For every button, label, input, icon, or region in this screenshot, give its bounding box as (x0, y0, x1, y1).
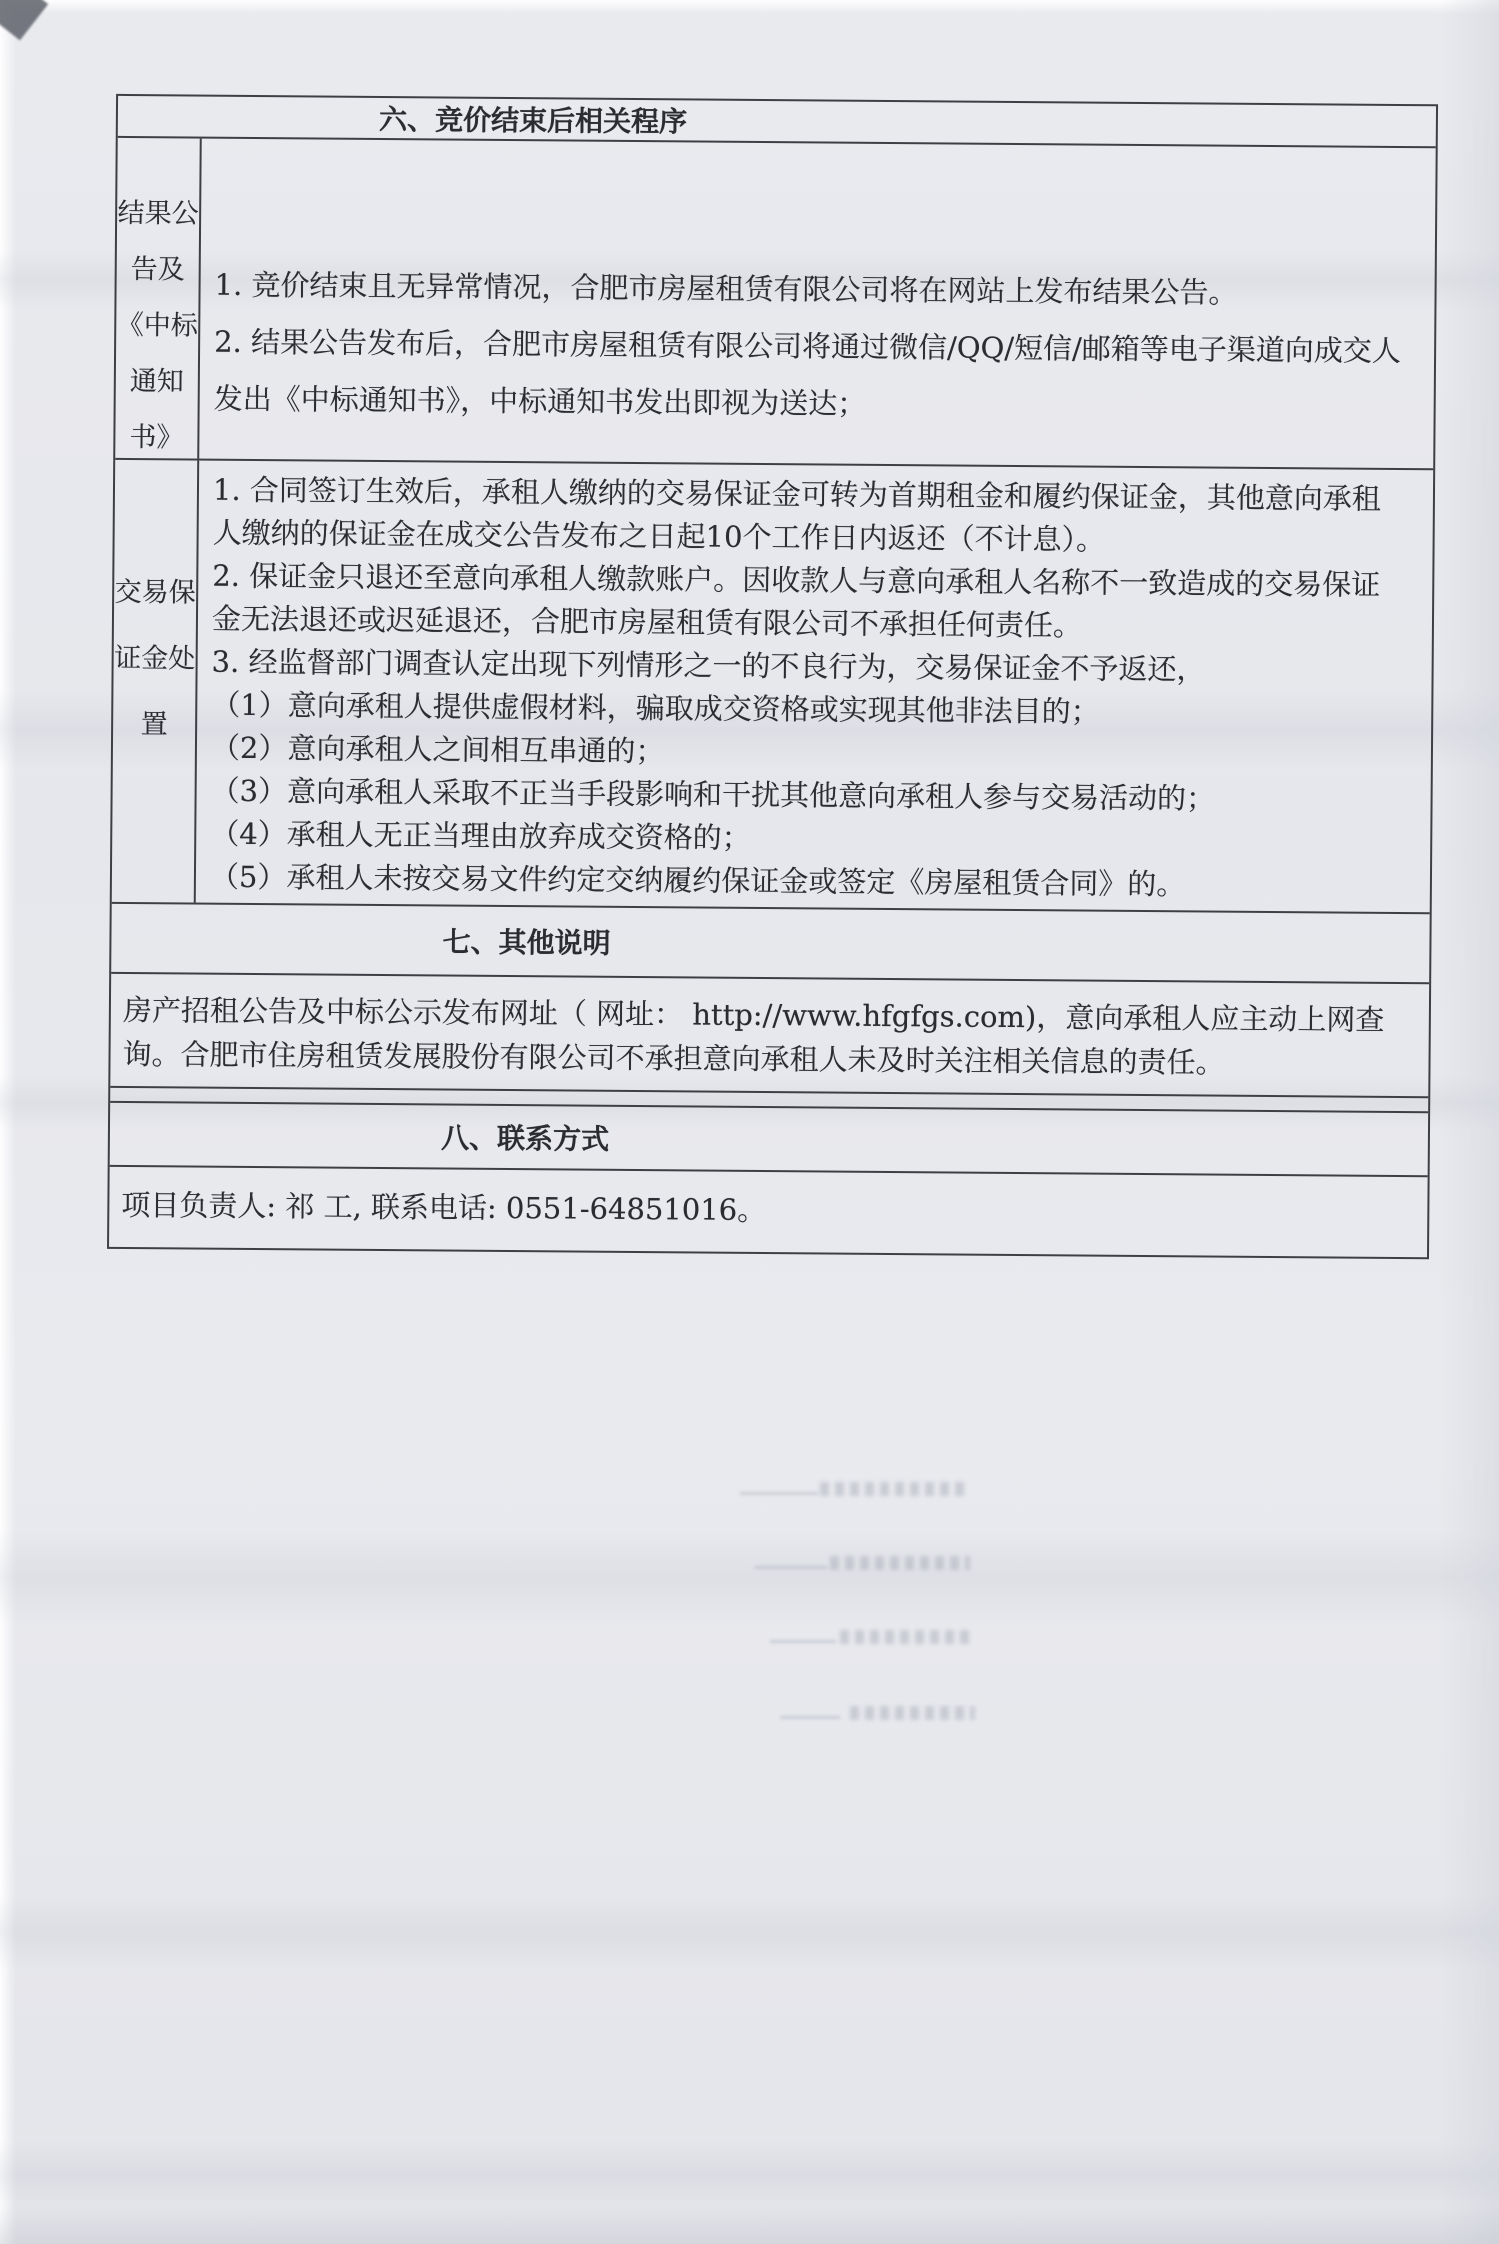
scan-streak (0, 1895, 1499, 1970)
procedure-line: 发出《中标通知书》，中标通知书发出即视为送达； (213, 371, 1429, 438)
bleedthrough-ghost (770, 1640, 836, 1643)
scanned-page: 六、竞价结束后相关程序 结果公 告及 《中标 通知 书》 1. 竞价结束且无异常… (0, 0, 1499, 2244)
label-line: 置 (113, 692, 196, 759)
scan-corner-artifact (0, 0, 48, 40)
scan-streak (0, 2140, 1499, 2210)
bleedthrough-ghost (840, 1630, 972, 1644)
bleedthrough-ghost (740, 1492, 818, 1495)
deposit-handling-row: 交易保 证金处 置 1. 合同签订生效后，承租人缴纳的交易保证金可转为首期租金和… (112, 460, 1433, 914)
result-announcement-row: 结果公 告及 《中标 通知 书》 1. 竞价结束且无异常情况，合肥市房屋租赁有限… (115, 138, 1435, 470)
deposit-handling-label-cell: 交易保 证金处 置 (112, 460, 199, 903)
section8-header-row: 八、联系方式 (110, 1103, 1428, 1177)
contact-row: 项目负责人: 祁 工, 联系电话: 0551-64851016。 (109, 1167, 1428, 1257)
section6-title: 六、竞价结束后相关程序 (118, 96, 949, 143)
other-notes-row: 房产招租公告及中标公示发布网址（ 网址： http://www.hfgfgs.c… (110, 974, 1429, 1098)
section8-title: 八、联系方式 (110, 1114, 941, 1161)
procedure-line: 1. 竞价结束且无异常情况，合肥市房屋租赁有限公司将在网站上发布结果公告。 (214, 257, 1430, 324)
scan-edge-shadow (1439, 0, 1499, 2244)
result-announcement-label-cell: 结果公 告及 《中标 通知 书》 (115, 138, 202, 459)
label-line: 告及 (116, 242, 198, 299)
scan-edge-shadow (0, 2204, 1499, 2244)
label-line: 书》 (115, 410, 197, 467)
result-announcement-content-cell: 1. 竞价结束且无异常情况，合肥市房屋租赁有限公司将在网站上发布结果公告。 2.… (199, 139, 1435, 469)
section7-title: 七、其他说明 (111, 918, 942, 965)
label-line: 交易保 (114, 560, 197, 627)
bleedthrough-ghost (820, 1482, 970, 1496)
section7-header-row: 七、其他说明 (111, 904, 1430, 984)
deposit-handling-content-cell: 1. 合同签订生效后，承租人缴纳的交易保证金可转为首期租金和履约保证金，其他意向… (196, 461, 1433, 913)
bleedthrough-ghost (755, 1566, 827, 1569)
label-line: 结果公 (117, 186, 199, 243)
bleedthrough-ghost (780, 1716, 840, 1719)
procedure-line: 2. 结果公告发布后，合肥市房屋租赁有限公司将通过微信/QQ/短信/邮箱等电子渠… (214, 314, 1430, 381)
deposit-line: （5）承租人未按交易文件约定交纳履约保证金或签定《房屋租赁合同》的。 (210, 856, 1426, 909)
label-line: 证金处 (113, 626, 196, 693)
bleedthrough-ghost (850, 1706, 975, 1720)
label-line: 《中标 (116, 298, 198, 355)
announcement-table: 六、竞价结束后相关程序 结果公 告及 《中标 通知 书》 1. 竞价结束且无异常… (107, 94, 1438, 1259)
bleedthrough-ghost (830, 1556, 970, 1570)
label-line: 通知 (116, 354, 198, 411)
scan-streak (0, 1530, 1499, 1625)
contact-line: 项目负责人: 祁 工, 联系电话: 0551-64851016。 (121, 1183, 1423, 1237)
